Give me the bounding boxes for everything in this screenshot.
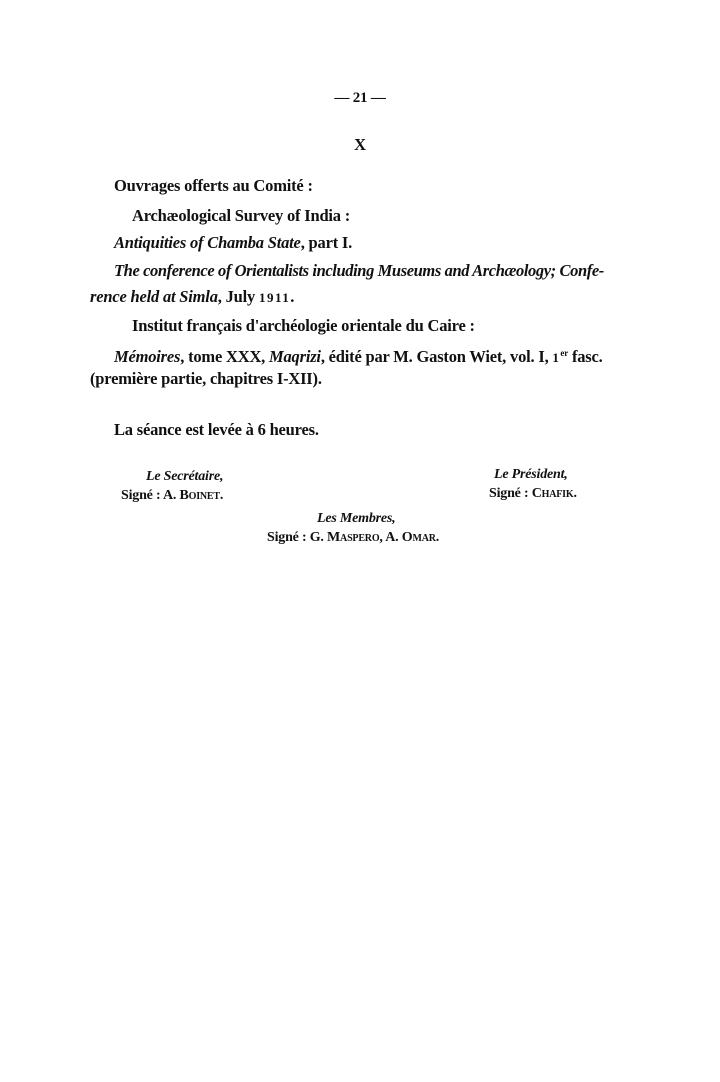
closing-statement: La séance est levée à 6 heures. [114,420,319,440]
gifts-intro: Ouvrages offerts au Comité : [114,176,313,196]
president-name: Chafik [532,486,574,501]
secretary-end: . [220,488,223,503]
item-3-part-c: fasc. [568,347,603,366]
members-signature: Signé : G. Maspero, A. Omar. [267,528,439,548]
item-conference-line2: rence held at Simla, July 1911. [90,287,294,308]
president-signature: Signé : Chafik. [489,484,577,504]
item-conference-line1: The conference of Orientalists including… [114,261,604,281]
item-3-author: Maqrizi [269,347,321,366]
item-3-part-b: , édité par M. Gaston Wiet, vol. I, [321,347,553,366]
item-3-part-a: , tome XXX, [180,347,269,366]
members-end: . [436,530,439,545]
president-end: . [573,486,576,501]
item-1-title: Antiquities of Chamba State [114,233,301,252]
item-2-end: . [290,287,294,306]
item-memoires-line2: (première partie, chapitres I-XII). [90,369,322,389]
president-title: Le Président, [494,465,568,485]
secretary-signed-prefix: Signé : A. [121,488,179,503]
section-heading: X [0,135,720,155]
secretary-title: Le Secrétaire, [146,467,223,487]
item-2-prefix: , July [218,287,259,306]
item-3-ordinal-sup: er [560,348,568,358]
item-antiquities-chamba: Antiquities of Chamba State, part I. [114,233,352,253]
item-memoires-line1: Mémoires, tome XXX, Maqrizi, édité par M… [114,343,603,368]
member-name-1: Maspero [327,530,379,545]
member-name-2: Omar [402,530,436,545]
item-2-title-cont: rence held at Simla [90,287,218,306]
page-number: — 21 — [0,88,720,108]
item-3-title: Mémoires [114,347,180,366]
secretary-signature: Signé : A. Boinet. [121,486,223,506]
members-signed-prefix: Signé : G. [267,530,327,545]
members-separator: , A. [379,530,401,545]
item-2-year: 1911 [259,290,290,305]
members-title: Les Membres, [317,509,395,529]
donor-ifao: Institut français d'archéologie oriental… [132,316,475,336]
president-signed-prefix: Signé : [489,486,532,501]
secretary-name: Boinet [179,488,219,503]
donor-archaeological-survey: Archæological Survey of India : [132,206,350,226]
item-1-rest: , part I. [301,233,352,252]
document-page: — 21 — X Ouvrages offerts au Comité : Ar… [0,0,720,1082]
